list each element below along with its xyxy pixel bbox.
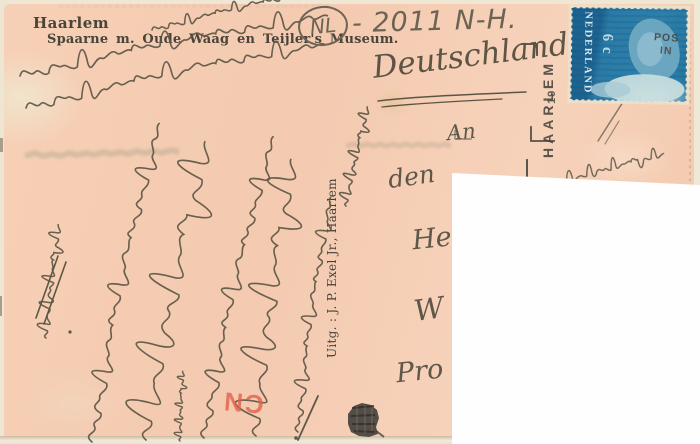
white-privacy-patch [452, 171, 700, 444]
stamp-light-area [590, 81, 630, 98]
signature-strokes [36, 256, 318, 440]
catalog-code: - 2011 N-H. [352, 4, 518, 39]
stamp-country-text: NEDERLAND [577, 11, 593, 99]
address-line-pro: Pro [395, 354, 445, 390]
ink-smudge [348, 403, 384, 437]
address-line-w: W [412, 290, 446, 328]
underline-strokes [378, 92, 526, 107]
stamp-value-text: 6 c [598, 34, 615, 68]
postmark-slogan-line1: POS [654, 31, 680, 45]
address-line-an: An [446, 119, 477, 145]
red-cn-mark: CN [219, 384, 268, 420]
postmark-year: 19 [546, 80, 558, 104]
postmark-slogan-line2: IN [660, 45, 673, 58]
scanned-postcard-back: { "printed": { "title": "Haarlem", "subt… [0, 0, 700, 444]
